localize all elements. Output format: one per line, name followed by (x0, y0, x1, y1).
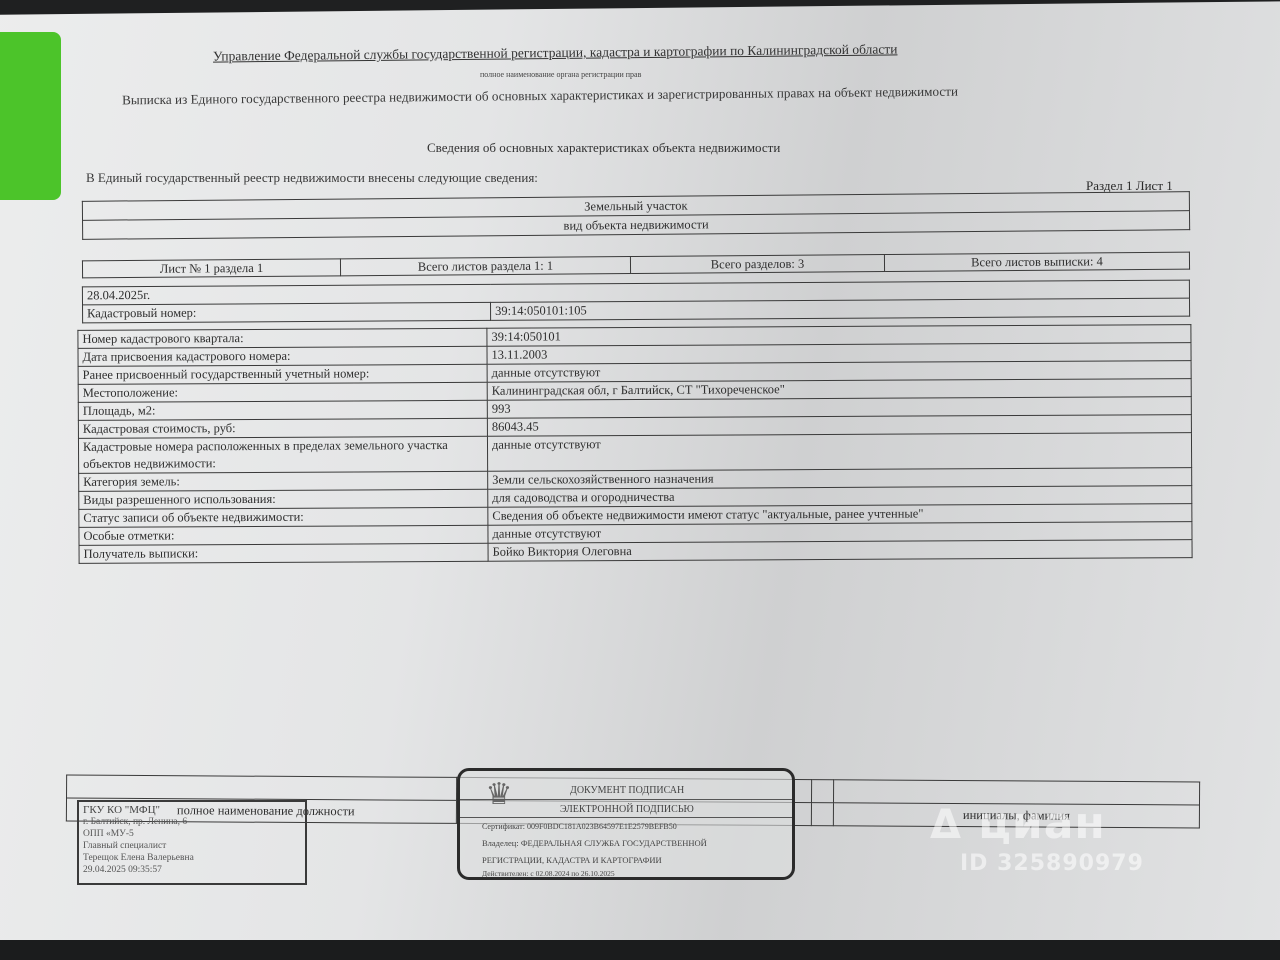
row-label: Виды разрешенного использования: (79, 489, 488, 509)
row-label: Статус записи об объекте недвижимости: (79, 507, 488, 527)
authority-caption: полное наименование органа регистрации п… (480, 70, 641, 79)
sheet-number: Лист № 1 раздела 1 (82, 259, 340, 278)
mfc-position: Главный специалист (83, 840, 301, 852)
section-sheets-total: Всего листов раздела 1: 1 (340, 257, 630, 276)
cadastral-number-label: Кадастровый номер: (83, 302, 491, 322)
sections-total: Всего разделов: 3 (630, 255, 884, 274)
date-cadastral-table: 28.04.2025г. Кадастровый номер: 39:14:05… (82, 280, 1190, 324)
row-label: Площадь, м2: (78, 400, 487, 420)
mfc-name: ГКУ КО "МФЦ" (83, 804, 301, 816)
certificate-number: Сертификат: 009F0BDC181A023B64597E1E2579… (482, 822, 677, 831)
cadastral-number-value: 39:14:050101:105 (491, 298, 1190, 320)
state-emblem-icon: ♛ (482, 775, 516, 819)
row-value: данные отсутствуют (487, 433, 1191, 472)
row-label: Кадастровые номера расположенных в преде… (78, 436, 487, 473)
row-label: Дата присвоения кадастрового номера: (78, 346, 487, 366)
signed-line-2: ЭЛЕКТРОННОЙ ПОДПИСЬЮ (560, 804, 694, 815)
mfc-office: ОПП «МУ-5 (83, 828, 301, 840)
row-label: Особые отметки: (79, 525, 488, 545)
mfc-timestamp: 29.04.2025 09:35:57 (83, 864, 301, 876)
cian-watermark: ᐃ циан ID 325890979 (930, 800, 1144, 877)
listing-id: ID 325890979 (930, 851, 1144, 877)
row-value: Бойко Виктория Олеговна (488, 540, 1192, 562)
signed-line-1: ДОКУМЕНТ ПОДПИСАН (570, 785, 684, 796)
characteristics-table: Номер кадастрового квартала:39:14:050101… (77, 324, 1192, 564)
row-label: Ранее присвоенный государственный учетны… (78, 364, 487, 384)
extract-sheets-total: Всего листов выписки: 4 (884, 252, 1189, 271)
table-row: Кадастровые номера расположенных в преде… (78, 433, 1191, 474)
row-label: Кадастровая стоимость, руб: (78, 418, 487, 438)
row-label: Категория земель: (79, 471, 488, 491)
certificate-owner-1: Владелец: ФЕДЕРАЛЬНАЯ СЛУЖБА ГОСУДАРСТВЕ… (482, 838, 707, 848)
section-title: Сведения об основных характеристиках объ… (427, 140, 780, 156)
green-sticky-tab (0, 32, 61, 200)
certificate-owner-2: РЕГИСТРАЦИИ, КАДАСТРА И КАРТОГРАФИИ (482, 855, 662, 865)
electronic-signature-stamp: ♛ ДОКУМЕНТ ПОДПИСАН ЭЛЕКТРОННОЙ ПОДПИСЬЮ… (457, 768, 795, 880)
row-label: Получатель выписки: (79, 543, 488, 563)
intro-text: В Единый государственный реестр недвижим… (86, 170, 538, 186)
dark-background (0, 940, 1280, 960)
row-label: Местоположение: (78, 382, 487, 402)
cian-logo-icon: ᐃ циан (930, 800, 1144, 849)
mfc-officer: Терещок Елена Валерьевна (83, 852, 301, 864)
row-label: Номер кадастрового квартала: (78, 328, 487, 348)
mfc-stamp: ГКУ КО "МФЦ" г. Балтийск, пр. Ленина, 6 … (77, 800, 307, 885)
mfc-address: г. Балтийск, пр. Ленина, 6 (83, 816, 301, 828)
certificate-validity: Действителен: с 02.08.2024 по 26.10.2025 (482, 869, 615, 878)
